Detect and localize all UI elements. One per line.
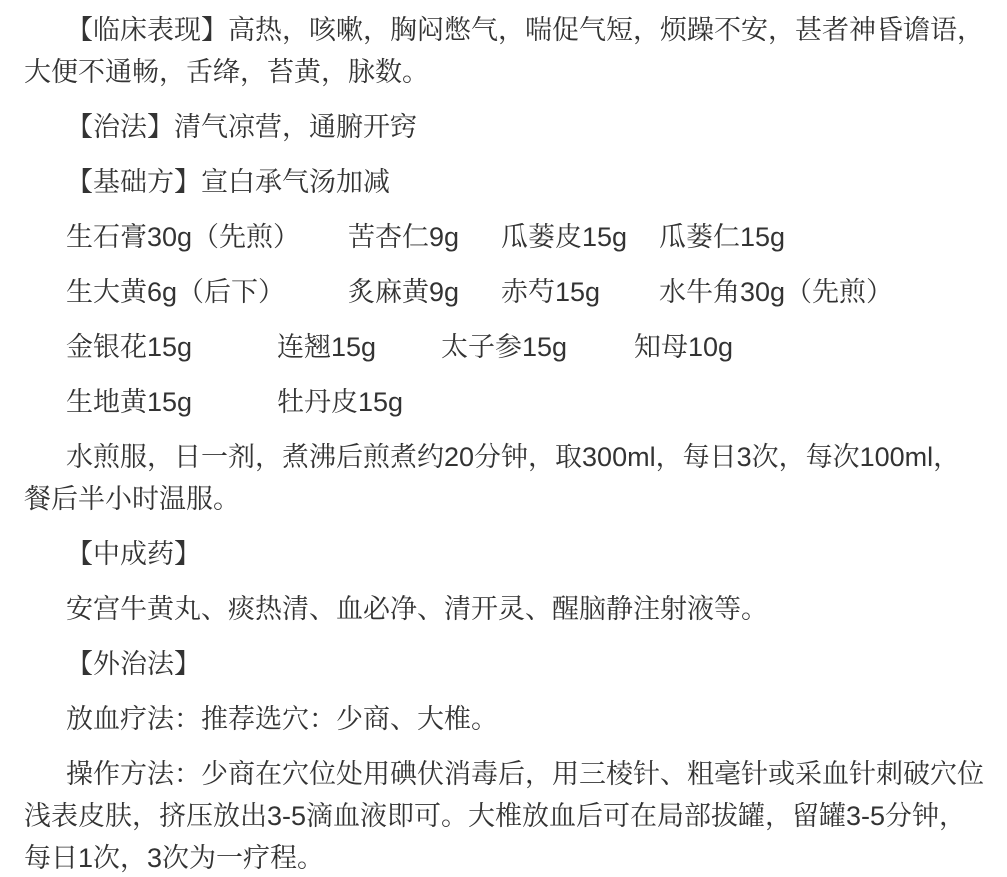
clinical-manifestations-line-2: 大便不通畅，舌绛，苔黄，脉数。: [24, 51, 987, 93]
herb-item: 太子参15g: [441, 326, 634, 368]
paragraph-operation-method: 操作方法：少商在穴位处用碘伏消毒后，用三棱针、粗毫针或采血针刺破穴位 浅表皮肤，…: [24, 753, 987, 877]
decoction-instructions-line-2: 餐后半小时温服。: [24, 478, 987, 520]
prescription-row-2: 生大黄6g（后下） 炙麻黄9g 赤芍15g 水牛角30g（先煎）: [24, 271, 987, 313]
paragraph-patent-medicine-heading: 【中成药】: [24, 533, 987, 575]
paragraph-treatment-method: 【治法】清气凉营，通腑开窍: [24, 106, 987, 148]
operation-method-line-2: 浅表皮肤，挤压放出3-5滴血液即可。大椎放血后可在局部拔罐，留罐3-5分钟，: [24, 795, 987, 837]
herb-item: 金银花15g: [66, 326, 277, 368]
herb-item: 生地黄15g: [66, 381, 277, 423]
herb-item: 苦杏仁9g: [348, 216, 501, 258]
base-formula-text: 【基础方】宣白承气汤加减: [24, 161, 987, 203]
herb-item: 知母10g: [634, 326, 733, 368]
herb-item: 连翘15g: [277, 326, 441, 368]
paragraph-base-formula: 【基础方】宣白承气汤加减: [24, 161, 987, 203]
herb-item: 生大黄6g（后下）: [66, 271, 348, 313]
paragraph-bloodletting-therapy: 放血疗法：推荐选穴：少商、大椎。: [24, 698, 987, 740]
paragraph-patent-medicines: 安宫牛黄丸、痰热清、血必净、清开灵、醒脑静注射液等。: [24, 588, 987, 630]
herb-item: 瓜蒌仁15g: [659, 216, 785, 258]
patent-medicine-heading-text: 【中成药】: [24, 533, 987, 575]
decoction-instructions-line-1: 水煎服，日一剂，煮沸后煎煮约20分钟，取300ml，每日3次，每次100ml，: [24, 436, 987, 478]
bloodletting-therapy-text: 放血疗法：推荐选穴：少商、大椎。: [24, 698, 987, 740]
herb-item: 水牛角30g（先煎）: [659, 271, 893, 313]
prescription-row-3: 金银花15g 连翘15g 太子参15g 知母10g: [24, 326, 987, 368]
clinical-manifestations-line-1: 【临床表现】高热，咳嗽，胸闷憋气，喘促气短，烦躁不安，甚者神昏谵语，: [24, 9, 987, 51]
document-body: 【临床表现】高热，咳嗽，胸闷憋气，喘促气短，烦躁不安，甚者神昏谵语， 大便不通畅…: [0, 0, 1007, 877]
external-treatment-heading-text: 【外治法】: [24, 643, 987, 685]
paragraph-external-treatment-heading: 【外治法】: [24, 643, 987, 685]
paragraph-clinical-manifestations: 【临床表现】高热，咳嗽，胸闷憋气，喘促气短，烦躁不安，甚者神昏谵语， 大便不通畅…: [24, 9, 987, 93]
treatment-method-text: 【治法】清气凉营，通腑开窍: [24, 106, 987, 148]
prescription-row-1: 生石膏30g（先煎） 苦杏仁9g 瓜蒌皮15g 瓜蒌仁15g: [24, 216, 987, 258]
herb-item: 赤芍15g: [501, 271, 659, 313]
herb-item: 瓜蒌皮15g: [501, 216, 659, 258]
operation-method-line-3: 每日1次，3次为一疗程。: [24, 837, 987, 877]
operation-method-line-1: 操作方法：少商在穴位处用碘伏消毒后，用三棱针、粗毫针或采血针刺破穴位: [24, 753, 987, 795]
herb-item: 牡丹皮15g: [277, 381, 441, 423]
patent-medicines-text: 安宫牛黄丸、痰热清、血必净、清开灵、醒脑静注射液等。: [24, 588, 987, 630]
herb-item: 生石膏30g（先煎）: [66, 216, 348, 258]
prescription-row-4: 生地黄15g 牡丹皮15g: [24, 381, 987, 423]
herb-item: 炙麻黄9g: [348, 271, 501, 313]
paragraph-decoction-instructions: 水煎服，日一剂，煮沸后煎煮约20分钟，取300ml，每日3次，每次100ml， …: [24, 436, 987, 520]
